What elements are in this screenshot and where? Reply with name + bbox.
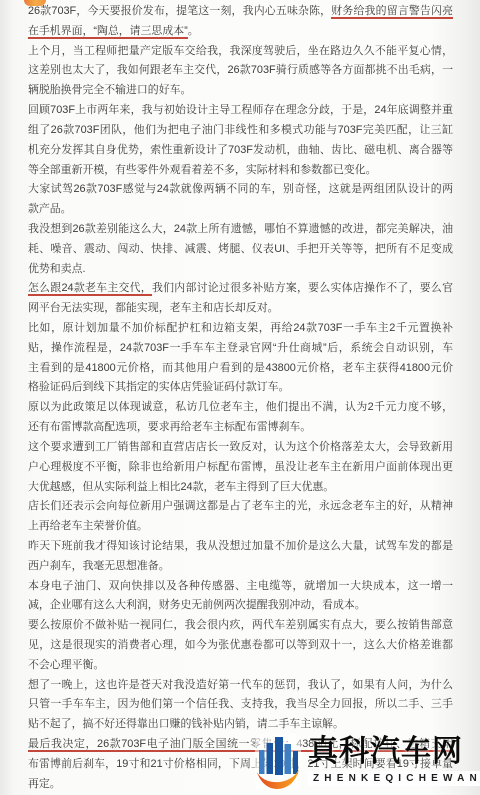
text-segment: 贴不起了，搞不好还得靠出口赚的钱补贴内销，请二手车主谅解。 <box>28 718 344 730</box>
text-segment: 回顾703F上市两年来，我与初始设计主导工程师存在理念分歧，于是，24年底调整并… <box>28 104 453 116</box>
text-line: 辆脱胎换骨完全不输进口的好车。 <box>28 81 453 101</box>
text-line: 见，这是很现实的消费者心理，如今为张优惠卷都可以等到双十一，这么大价格差谁都 <box>28 636 453 656</box>
text-line: 耗、噪音、震动、闯动、快排、减震、烤腿、仪表UI、手把开关等等，把所有不足变成 <box>28 240 453 260</box>
text-line: 优势和卖点. <box>28 260 453 280</box>
text-line: 在手机界面，“陶总，请三思成本”。 <box>28 22 453 42</box>
text-segment: 优势和卖点. <box>28 263 85 275</box>
underlined-text: 怎么跟24款老车主交代， <box>28 282 152 296</box>
text-segment: 户心理极度不平衡，除非也给新用户标配布雷博，虽没让老车主在新用户面前体现出更 <box>28 461 453 473</box>
watermark-title: 真科汽车网 <box>308 734 463 770</box>
text-line: 还有布雷博款高配选项，要求再给老车主标配布雷博刹车。 <box>28 418 453 438</box>
watermark-logo-icon <box>255 734 301 790</box>
watermark-subtitle: ZHENKEQICHEWANG <box>308 771 480 786</box>
underlined-text: 财务给我的留言警告闪亮 <box>331 5 453 19</box>
text-line: 款产品。 <box>28 200 453 220</box>
text-segment: 原以为此政策足以体现诚意，私访几位老车主，他们提出不满，认为2千元力度不够， <box>28 401 453 413</box>
watermark-text: 真科汽车网 ZHENKEQICHEWANG <box>308 734 480 786</box>
text-line: 减，企业哪有这么大利润，财务史无前例两次提醒我别冲动，看成本。 <box>28 596 453 616</box>
text-line: 组了26款703F团队，他们为把电子油门非线性和多模式功能与703F完美匹配，让… <box>28 121 453 141</box>
text-segment: 见，这是很现实的消费者心理，如今为张优惠卷都可以等到双十一，这么大价格差谁都 <box>28 639 453 651</box>
text-line: 只管一手车车主，因为他们第一个信任我、支持我，我当尽全力回报，所以二手、三手 <box>28 695 453 715</box>
text-line: 大家试驾26款703F感觉与24款就像两辆不同的车，别奇怪，这就是两组团队设计的… <box>28 180 453 200</box>
text-segment: 想了一晚上，这也许是苍天对我没造好第一代车的惩罚，我认了，如果有人问，为什么 <box>28 679 453 691</box>
text-line: 机充分发挥其自身优势，索性重新设计了703F发动机，曲轴、齿比、磁电机、离合器等 <box>28 141 453 161</box>
text-line: 网平台无法实现，都能实现，老车主和店长却反对。 <box>28 299 453 319</box>
text-segment: 昨天下班前我才得知该讨论结果，我从没想过加量不加价是这么大量，试驾车发的都是 <box>28 540 453 552</box>
text-segment: 西户刹车，我毫无思想准备。 <box>28 560 170 572</box>
text-line: 西户刹车，我毫无思想准备。 <box>28 557 453 577</box>
text-line: 大优越感，但从实际利益上相比24款，老车主得到了巨大优惠。 <box>28 478 453 498</box>
text-segment: 。 <box>188 25 199 37</box>
text-segment: 上再给老车主荣誉价值。 <box>28 520 148 532</box>
text-line: 怎么跟24款老车主交代，我们内部讨论过很多补贴方案，要么实体店操作不了，要么官 <box>28 279 453 299</box>
text-line: 上再给老车主荣誉价值。 <box>28 517 453 537</box>
text-segment: 还有布雷博款高配选项，要求再给老车主标配布雷博刹车。 <box>28 421 311 433</box>
text-line: 本身电子油门、双向快排以及各种传感器、主电缆等，就增加一大块成本，这一增一 <box>28 577 453 597</box>
underlined-text: 在手机界面，“陶总，请三思成本” <box>28 25 188 39</box>
text-segment: 大家试驾26款703F感觉与24款就像两辆不同的车，别奇怪，这就是两组团队设计的… <box>28 183 453 195</box>
text-line: 主看到的是41800元价格，而其他用户看到的是43800元价格，老车主获得418… <box>28 359 453 379</box>
text-segment: 主看到的是41800元价格，而其他用户看到的是43800元价格，老车主获得418… <box>28 362 453 374</box>
text-segment: 再定。 <box>28 778 61 790</box>
text-line: 贴不起了，搞不好还得靠出口赚的钱补贴内销，请二手车主谅解。 <box>28 715 453 735</box>
text-line: 不会心理平衡。 <box>28 656 453 676</box>
text-segment: 机充分发挥其自身优势，索性重新设计了703F发动机，曲轴、齿比、磁电机、离合器等 <box>28 144 453 156</box>
text-line: 想了一晚上，这也许是苍天对我没造好第一代车的惩罚，我认了，如果有人问，为什么 <box>28 676 453 696</box>
text-segment: 比如，原计划加量不加价标配护杠和边箱支架，再给24款703F一手车主2千元置换补 <box>28 322 453 334</box>
text-segment: 耗、噪音、震动、闯动、快排、减震、烤腿、仪表UI、手把开关等等，把所有不足变成 <box>28 243 453 255</box>
text-line: 回顾703F上市两年来，我与初始设计主导工程师存在理念分歧，于是，24年底调整并… <box>28 101 453 121</box>
text-line: 比如，原计划加量不加价标配护杠和边箱支架，再给24款703F一手车主2千元置换补 <box>28 319 453 339</box>
text-line: 这个要求遭到工厂销售部和直营店店长一致反对，认为这个价格落差太大，会导致新用 <box>28 438 453 458</box>
text-segment: 本身电子油门、双向快排以及各种传感器、主电缆等，就增加一大块成本，这一增一 <box>28 580 453 592</box>
text-segment: 我们内部讨论过很多补贴方案，要么实体店操作不了，要么官 <box>152 282 453 294</box>
text-line: 我没想到26款差别能这么大，24款上所有遗憾，哪怕不算遗憾的改进，都完美解决，油 <box>28 220 453 240</box>
text-line: 昨天下班前我才得知该讨论结果，我从没想过加量不加价是这么大量，试驾车发的都是 <box>28 537 453 557</box>
text-segment: 等全部重新开模，有些零件外观看着差不多，实际材料和参数都已变化。 <box>28 164 377 176</box>
text-line: 这差别也太大了，我如何跟老车主交代，26款703F骑行质感等各方面都挑不出毛病，… <box>28 61 453 81</box>
watermark: 真科汽车网 ZHENKEQICHEWANG <box>255 734 480 790</box>
text-segment: 这个要求遭到工厂销售部和直营店店长一致反对，认为这个价格落差太大，会导致新用 <box>28 441 453 453</box>
text-segment: 26款703F，今天要报价发布，提笔这一刻，我内心五味杂陈， <box>28 5 331 17</box>
text-segment: 网平台无法实现，都能实现，老车主和店长却反对。 <box>28 302 279 314</box>
text-line: 格验证码后到线下其指定的实体店凭验证码付款订车。 <box>28 378 453 398</box>
text-segment: 要么按原价不做补贴一视同仁，我会很内疚，两代车差别属实有点大，要么按销售部意 <box>28 619 453 631</box>
text-line: 贴，操作流程是，24款703F一手车车主登录官网“升仕商城”后，系统会自动识别，… <box>28 339 453 359</box>
text-segment: 减，企业哪有这么大利润，财务史无前例两次提醒我别冲动，看成本。 <box>28 599 366 611</box>
text-segment: 组了26款703F团队，他们为把电子油门非线性和多模式功能与703F完美匹配，让… <box>28 124 453 136</box>
text-segment: 大优越感，但从实际利益上相比24款，老车主得到了巨大优惠。 <box>28 481 334 493</box>
text-segment: 上个月，当工程师把量产定版车交给我，我深度驾驶后，坐在路边久久不能平复心情， <box>28 45 453 57</box>
text-line: 等全部重新开模，有些零件外观看着差不多，实际材料和参数都已变化。 <box>28 161 453 181</box>
text-line: 要么按原价不做补贴一视同仁，我会很内疚，两代车差别属实有点大，要么按销售部意 <box>28 616 453 636</box>
text-segment: 款产品。 <box>28 203 72 215</box>
text-segment: 格验证码后到线下其指定的实体店凭验证码付款订车。 <box>28 381 289 393</box>
text-segment: 贴，操作流程是，24款703F一手车车主登录官网“升仕商城”后，系统会自动识别，… <box>28 342 453 354</box>
text-segment: 辆脱胎换骨完全不输进口的好车。 <box>28 84 191 96</box>
text-line: 26款703F，今天要报价发布，提笔这一刻，我内心五味杂陈，财务给我的留言警告闪… <box>28 2 453 22</box>
text-segment: 店长们还表示会向每位新用户强调这都是占了老车主的光，永远念老车主的好，从精神 <box>28 500 453 512</box>
article-text: 26款703F，今天要报价发布，提笔这一刻，我内心五味杂陈，财务给我的留言警告闪… <box>28 2 453 795</box>
text-line: 上个月，当工程师把量产定版车交给我，我深度驾驶后，坐在路边久久不能平复心情， <box>28 42 453 62</box>
text-segment: 我没想到26款差别能这么大，24款上所有遗憾，哪怕不算遗憾的改进，都完美解决，油 <box>28 223 453 235</box>
text-segment: 不会心理平衡。 <box>28 659 104 671</box>
text-segment: 只管一手车车主，因为他们第一个信任我、支持我，我当尽全力回报，所以二手、三手 <box>28 698 453 710</box>
text-line: 原以为此政策足以体现诚意，私访几位老车主，他们提出不满，认为2千元力度不够， <box>28 398 453 418</box>
text-segment: 这差别也太大了，我如何跟老车主交代，26款703F骑行质感等各方面都挑不出毛病，… <box>28 64 453 76</box>
text-line: 户心理极度不平衡，除非也给新用户标配布雷博，虽没让老车主在新用户面前体现出更 <box>28 458 453 478</box>
text-line: 店长们还表示会向每位新用户强调这都是占了老车主的光，永远念老车主的好，从精神 <box>28 497 453 517</box>
